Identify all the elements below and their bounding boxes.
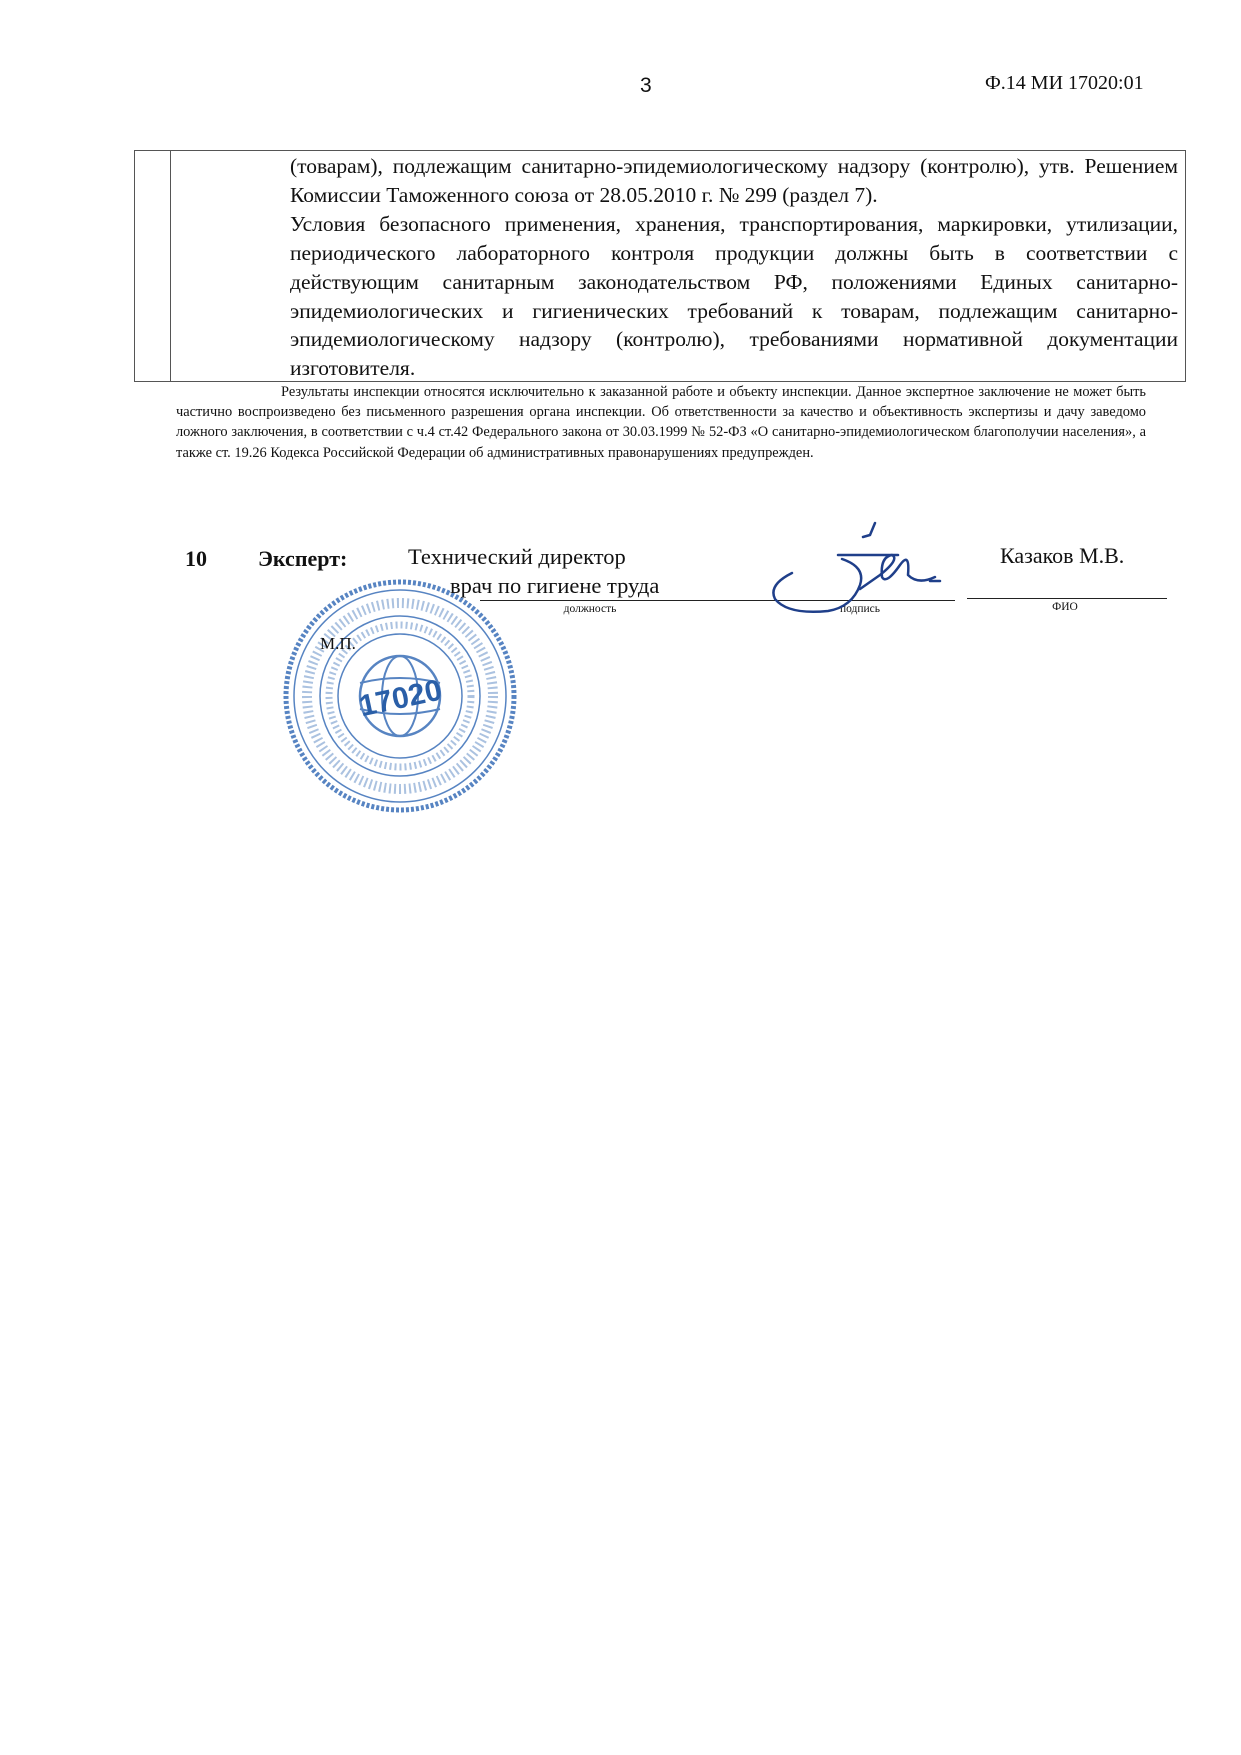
expert-label: Эксперт: (258, 546, 347, 572)
stamp-label: М.П. (320, 634, 356, 654)
content-table: (товарам), подлежащим санитарно-эпидемио… (134, 150, 1186, 382)
position-line-2: врач по гигиене труда (450, 573, 659, 599)
handwritten-signature-icon (770, 515, 950, 615)
position-line-1: Технический директор (408, 544, 626, 570)
table-paragraph-2: Условия безопасного применения, хранения… (290, 210, 1178, 383)
item-number: 10 (185, 546, 207, 572)
position-caption: должность (530, 603, 650, 615)
name-caption: ФИО (1030, 601, 1100, 613)
disclaimer-text: Результаты инспекции относятся исключите… (176, 382, 1146, 463)
disclaimer: Результаты инспекции относятся исключите… (176, 382, 1146, 463)
seal-stamp-icon: 17020 (282, 578, 518, 814)
column-divider (170, 151, 171, 381)
name-underline (967, 598, 1167, 599)
table-paragraph-1: (товарам), подлежащим санитарно-эпидемио… (290, 152, 1178, 210)
form-code: Ф.14 МИ 17020:01 (985, 72, 1144, 95)
page-number: 3 (640, 74, 652, 98)
expert-name: Казаков М.В. (1000, 543, 1124, 569)
table-cell-text: (товарам), подлежащим санитарно-эпидемио… (290, 152, 1178, 383)
